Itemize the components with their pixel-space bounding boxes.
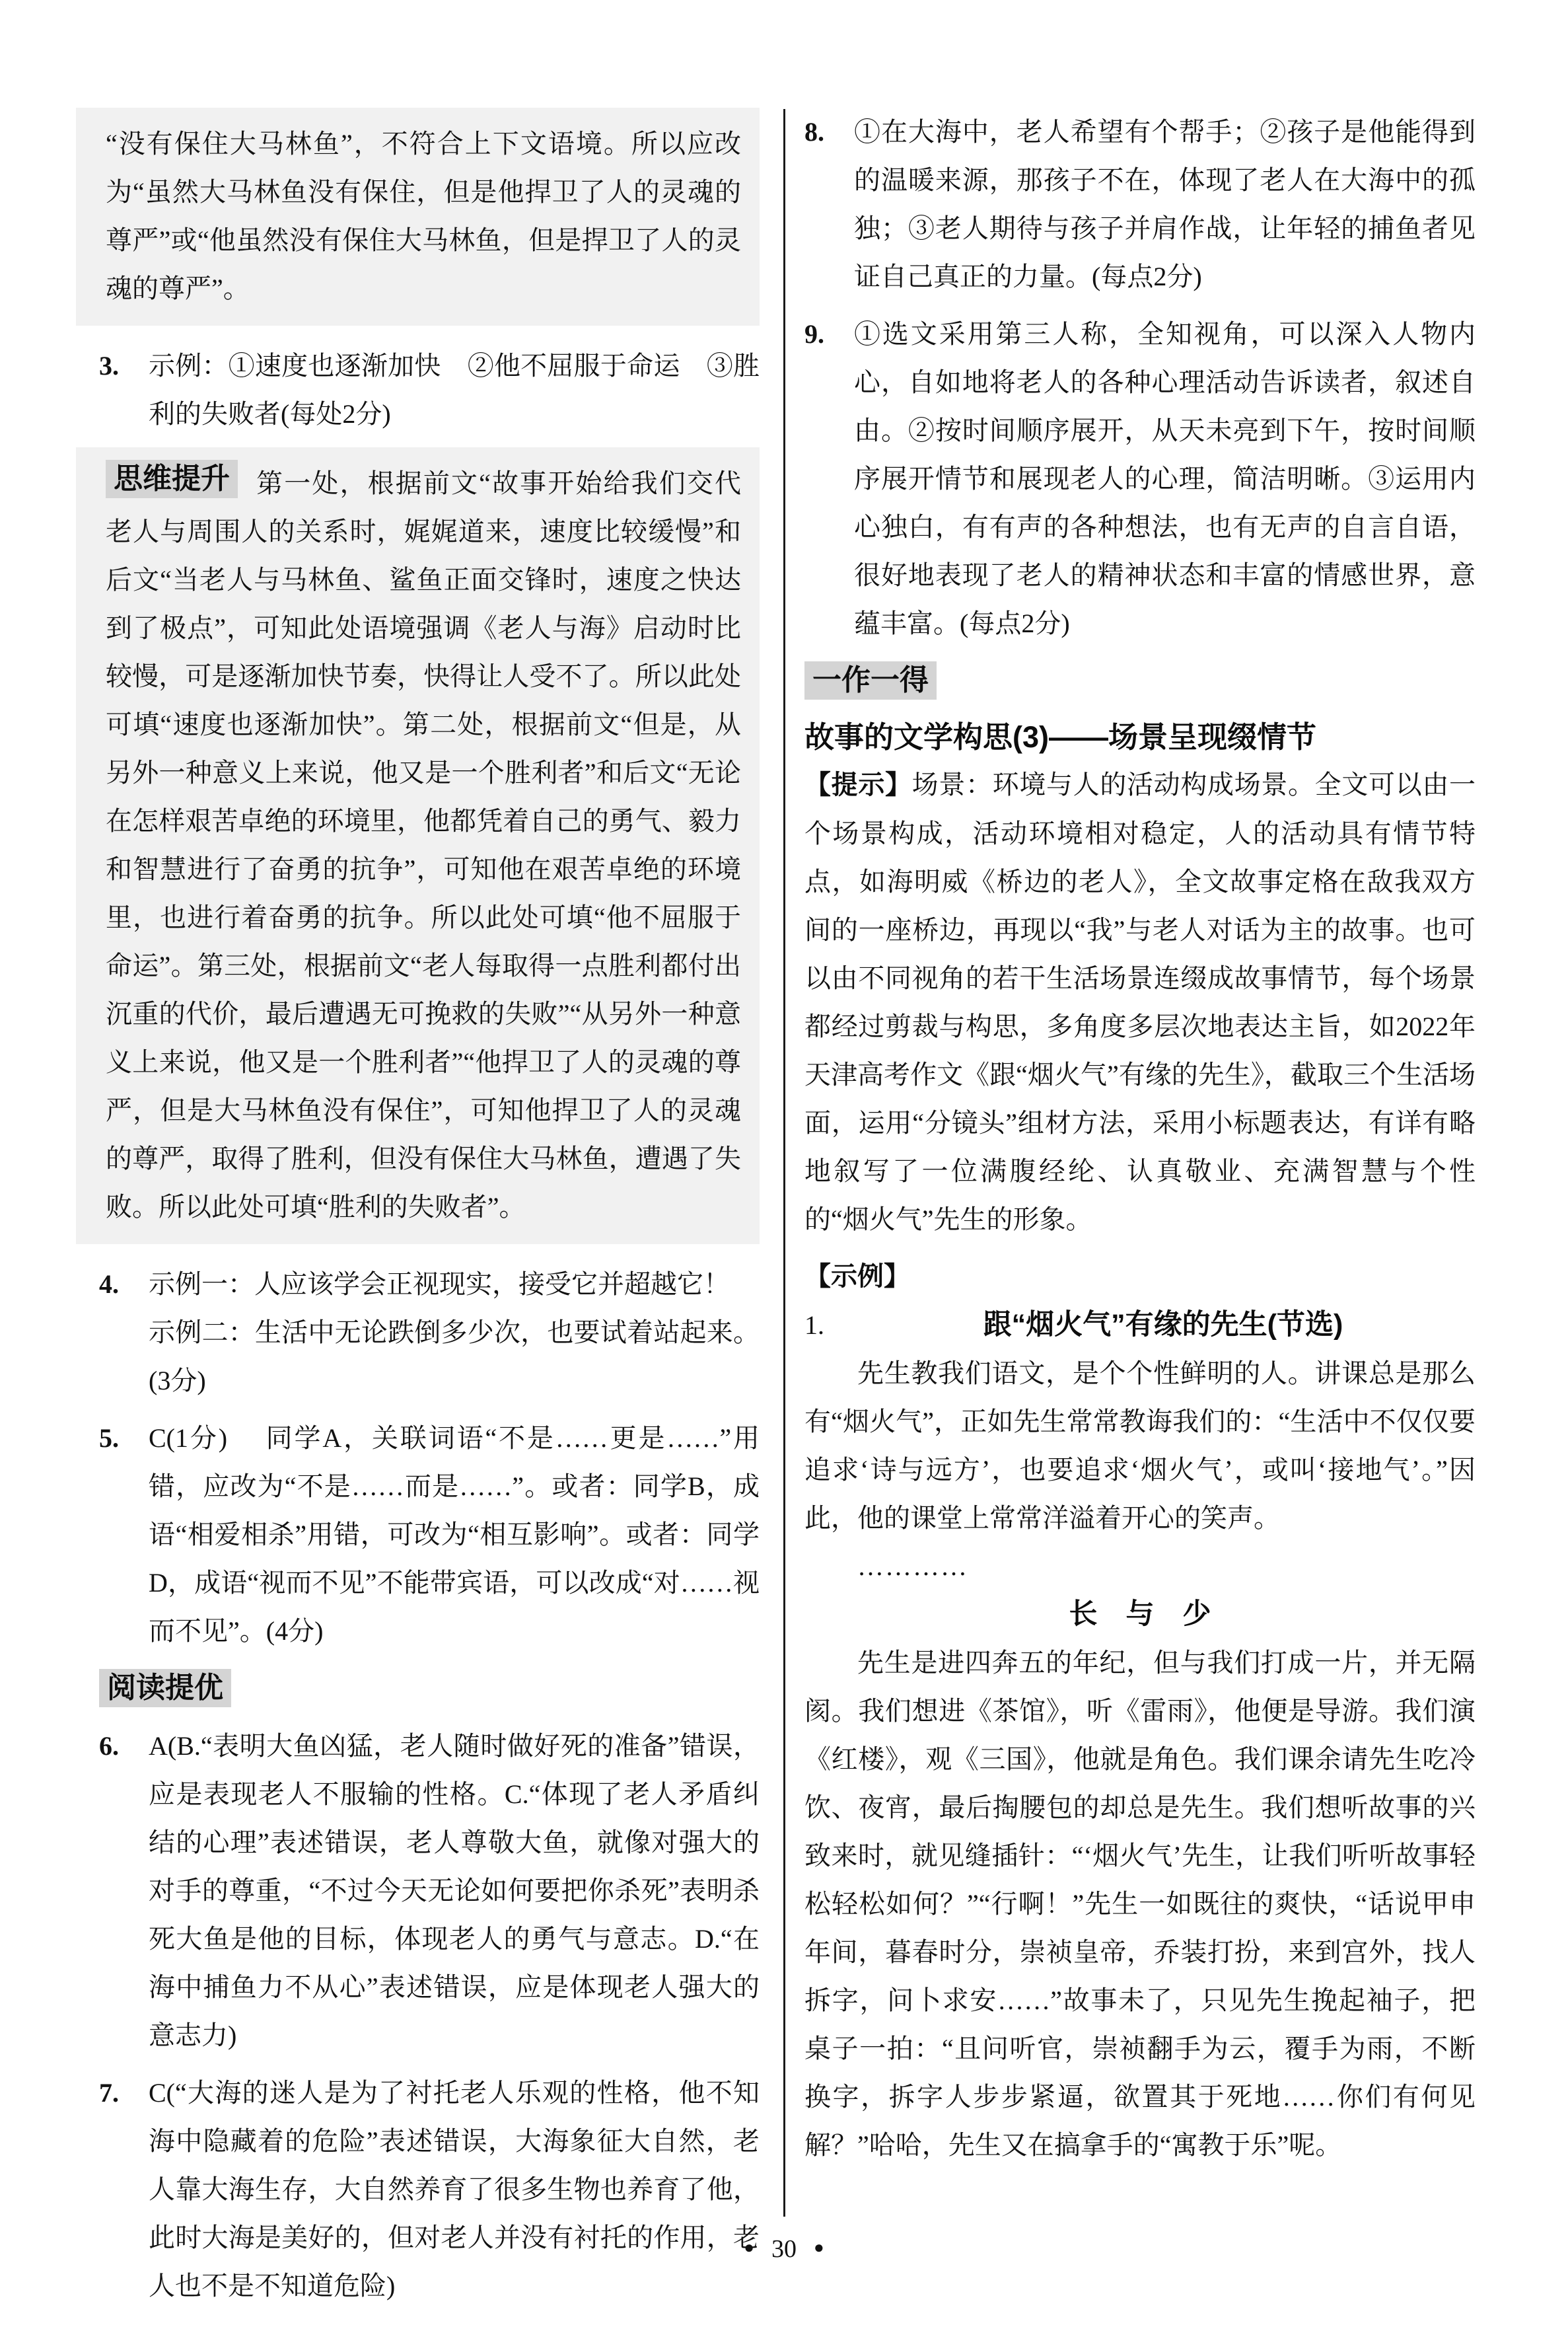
essay-paragraph-1: 先生教我们语文，是个个性鲜明的人。讲课总是那么有“烟火气”，正如先生常常教诲我们…	[804, 1349, 1476, 1542]
answer-item-7: 7. C(“大海的迷人是为了衬托老人乐观的性格，他不知海中隐藏着的危险”表述错误…	[76, 2069, 760, 2310]
answer-number: 5.	[99, 1414, 149, 1655]
right-column: 8. ①在大海中，老人希望有个帮手；②孩子是他能得到的温暖来源，那孩子不在，体现…	[804, 108, 1476, 2169]
answer-text: ①在大海中，老人希望有个帮手；②孩子是他能得到的温暖来源，那孩子不在，体现了老人…	[854, 108, 1476, 301]
answer-number: 4.	[99, 1260, 149, 1405]
page-number-dot-right: ●	[814, 2238, 824, 2257]
answer-item-5: 5. C(1分) 同学A，关联词语“不是……更是……”用错，应改为“不是……而是…	[76, 1414, 760, 1655]
continuation-paragraph-block: “没有保住大马林鱼”，不符合上下文语境。所以应改为“虽然大马林鱼没有保住，但是他…	[76, 108, 760, 326]
answer-line-2: 示例二：生活中无论跌倒多少次，也要试着站起来。(3分)	[149, 1308, 760, 1405]
page-number-dot-left: ●	[744, 2238, 754, 2257]
answer-number: 3.	[99, 342, 149, 438]
page-number-value: 30	[771, 2235, 797, 2263]
answer-item-4: 4. 示例一：人应该学会正视现实，接受它并超越它！ 示例二：生活中无论跌倒多少次…	[76, 1260, 760, 1405]
reading-boost-header-badge: 阅读提优	[99, 1669, 231, 1707]
ellipsis-line: …………	[804, 1542, 1476, 1590]
answer-item-8: 8. ①在大海中，老人希望有个帮手；②孩子是他能得到的温暖来源，那孩子不在，体现…	[804, 108, 1476, 301]
thinking-boost-text: 第一处，根据前文“故事开始给我们交代老人与周围人的关系时，娓娓道来，速度比较缓慢…	[106, 468, 741, 1222]
answer-number: 6.	[99, 1722, 149, 2059]
answer-text: C(“大海的迷人是为了衬托老人乐观的性格，他不知海中隐藏着的危险”表述错误，大海…	[149, 2069, 760, 2310]
thinking-boost-badge: 思维提升	[106, 460, 238, 498]
answer-text: ①选文采用第三人称，全知视角，可以深入人物内心，自如地将老人的各种心理活动告诉读…	[854, 310, 1476, 647]
page-number: ●30●	[0, 2228, 1568, 2269]
answer-item-3: 3. 示例：①速度也逐渐加快 ②他不屈服于命运 ③胜利的失败者(每处2分)	[76, 342, 760, 438]
essay-title-row: 1. 跟“烟火气”有缘的先生(节选)	[804, 1301, 1476, 1349]
thinking-boost-block: 思维提升第一处，根据前文“故事开始给我们交代老人与周围人的关系时，娓娓道来，速度…	[76, 447, 760, 1244]
essay-paragraph-2: 先生是进四奔五的年纪，但与我们打成一片，并无隔阂。我们想进《茶馆》，听《雷雨》，…	[804, 1639, 1476, 2169]
column-divider	[783, 109, 785, 2217]
lesson-subheading: 故事的文学构思(3)——场景呈现缀情节	[804, 714, 1476, 760]
essay-title: 跟“烟火气”有缘的先生(节选)	[851, 1301, 1476, 1349]
answer-text: 示例：①速度也逐渐加快 ②他不屈服于命运 ③胜利的失败者(每处2分)	[149, 342, 760, 438]
answer-line-1: 示例一：人应该学会正视现实，接受它并超越它！	[149, 1260, 760, 1308]
writing-gain-header-badge: 一作一得	[804, 661, 937, 700]
answer-text: A(B.“表明大鱼凶猛，老人随时做好死的准备”错误，应是表现老人不服输的性格。C…	[149, 1722, 760, 2059]
hint-paragraph: 【提示】场景：环境与人的活动构成场景。全文可以由一个场景构成，活动环境相对稳定，…	[804, 760, 1476, 1243]
essay-number: 1.	[804, 1301, 851, 1349]
answer-item-9: 9. ①选文采用第三人称，全知视角，可以深入人物内心，自如地将老人的各种心理活动…	[804, 310, 1476, 647]
continuation-paragraph-text: “没有保住大马林鱼”，不符合上下文语境。所以应改为“虽然大马林鱼没有保住，但是他…	[106, 129, 741, 303]
answer-number: 9.	[804, 310, 854, 647]
left-column: “没有保住大马林鱼”，不符合上下文语境。所以应改为“虽然大马林鱼没有保住，但是他…	[76, 108, 760, 2310]
answer-item-6: 6. A(B.“表明大鱼凶猛，老人随时做好死的准备”错误，应是表现老人不服输的性…	[76, 1722, 760, 2059]
hint-label: 【提示】	[804, 770, 912, 799]
answer-number: 7.	[99, 2069, 149, 2310]
hint-text: 场景：环境与人的活动构成场景。全文可以由一个场景构成，活动环境相对稳定，人的活动…	[804, 770, 1476, 1234]
essay-section-title: 长 与 少	[804, 1590, 1476, 1639]
example-label: 【示例】	[804, 1253, 1476, 1301]
answer-text: C(1分) 同学A，关联词语“不是……更是……”用错，应改为“不是……而是……”…	[149, 1414, 760, 1655]
answer-number: 8.	[804, 108, 854, 301]
